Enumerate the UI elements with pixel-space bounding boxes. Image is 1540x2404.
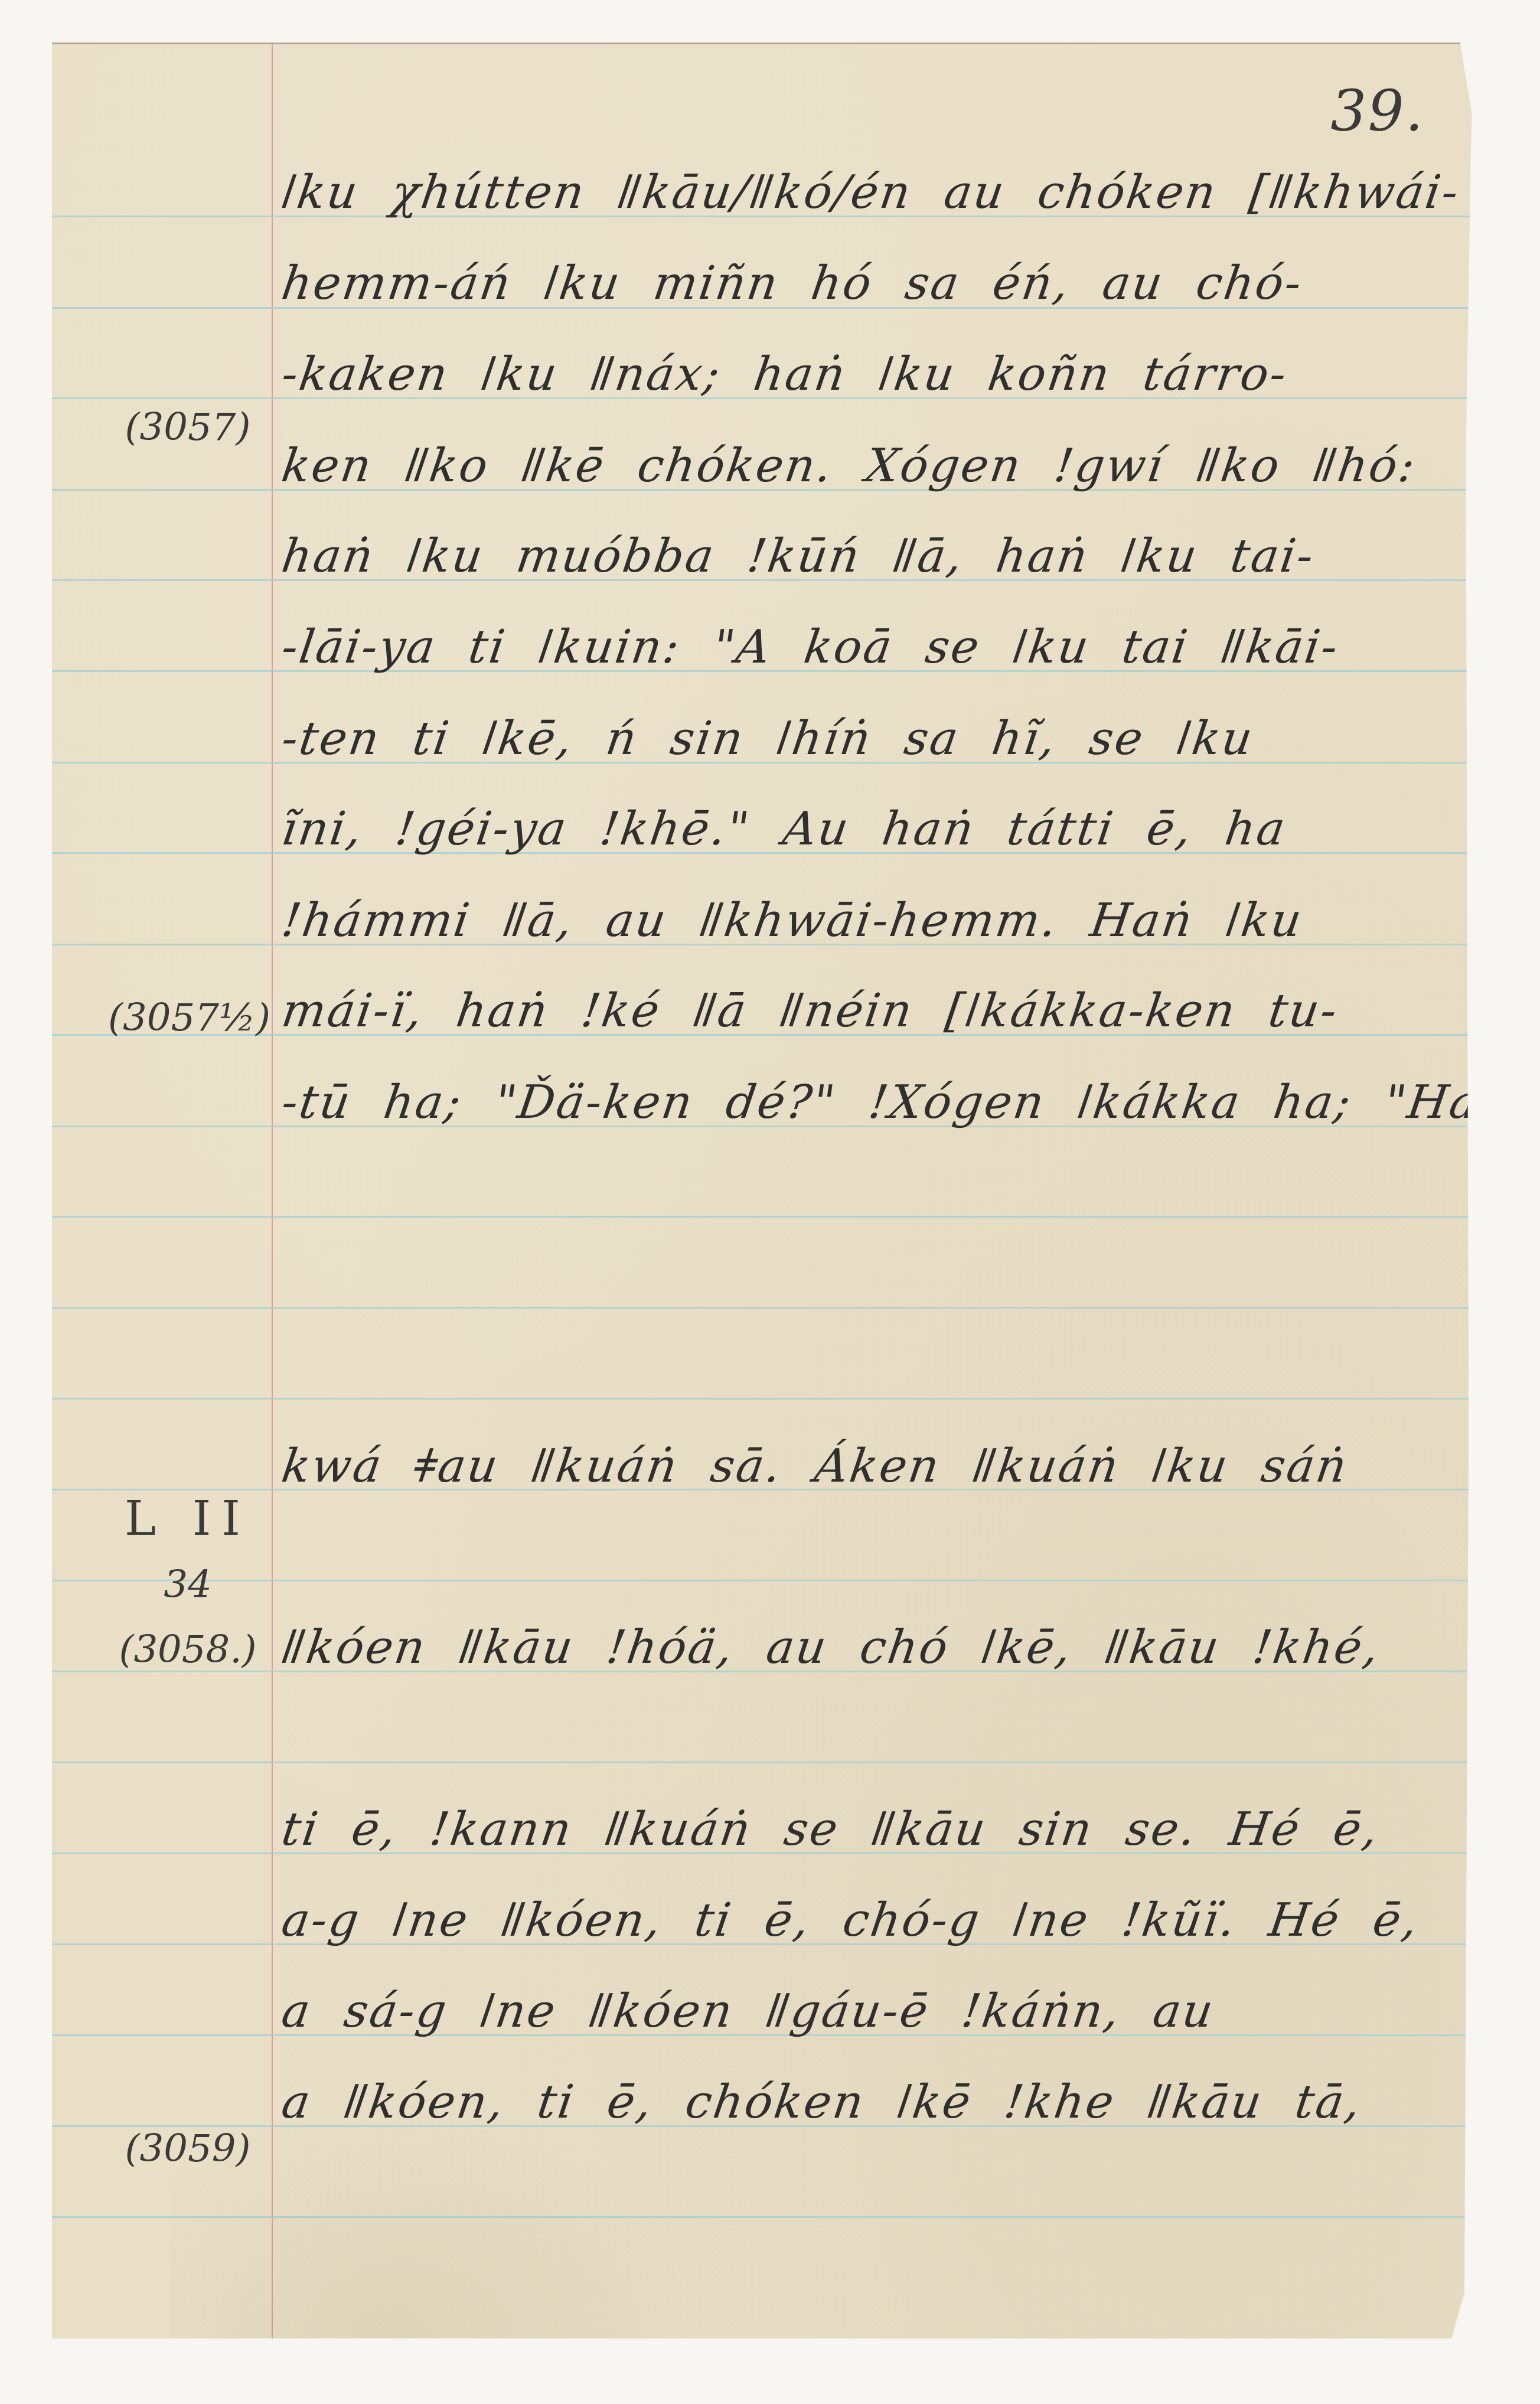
margin-note-3057: (3057) (108, 409, 267, 446)
manuscript-line-text: -kaken ǀku ǁnáx; haṅ ǀku koñn tárro- (279, 351, 1291, 397)
manuscript-line-text: hemm-áń ǀku miñn hó sa éń, au chó- (279, 260, 1306, 306)
manuscript-line-4: ken ǁko ǁkē chóken. Xógen !gwí ǁko ǁhó: (282, 400, 1436, 489)
manuscript-line-2: hemm-áń ǀku miñn hó sa éń, au chó- (282, 218, 1436, 306)
manuscript-line-17: a ǁkóen, ti ē, chóken ǀkē !khe ǁkāu tā, (282, 2037, 1436, 2125)
paper-top-edge (52, 43, 1472, 44)
manuscript-line-10: mái-ï, haṅ !ké ǁā ǁnéin [ǀkákka-ken tu- (282, 945, 1436, 1034)
manuscript-line-12: kwá ǂau ǁkuáṅ sā. Áken ǁkuáṅ ǀku sáṅ (282, 1401, 1436, 1489)
manuscript-line-text: ti ē, !kann ǁkuáṅ se ǁkāu sin se. Hé ē, (279, 1806, 1382, 1852)
ruled-line (52, 1762, 1472, 1763)
manuscript-line-text: a sá-g ǀne ǁkóen ǁgáu-ē !káṅn, au (279, 1988, 1218, 2034)
manuscript-line-text: ken ǁko ǁkē chóken. Xógen !gwí ǁko ǁhó: (279, 443, 1420, 489)
manuscript-line-6: -lāi-ya ti ǀkuin: "A koā se ǀku tai ǁkāi… (282, 582, 1436, 670)
manuscript-line-text: a ǁkóen, ti ē, chóken ǀkē !khe ǁkāu tā, (279, 2079, 1365, 2125)
manuscript-line-text: kwá ǂau ǁkuáṅ sā. Áken ǁkuáṅ ǀku sáṅ (279, 1443, 1351, 1489)
manuscript-line-text: haṅ ǀku muóbba !kūń ǁā, haṅ ǀku tai- (279, 533, 1318, 579)
margin-note-3059: (3059) (108, 2130, 267, 2168)
manuscript-line-8: ĩni, !géi-ya !khē." Au haṅ tátti ē, ha (282, 764, 1436, 852)
manuscript-line-16: a sá-g ǀne ǁkóen ǁgáu-ē !káṅn, au (282, 1946, 1436, 2034)
ruled-line (52, 1307, 1472, 1309)
manuscript-line-9: !hámmi ǁā, au ǁkhwāi-hemm. Haṅ ǀku (282, 855, 1436, 944)
ruled-line (52, 2216, 1472, 2218)
manuscript-line-text: a-g ǀne ǁkóen, ti ē, chó-g ǀne !kũï. Hé … (279, 1897, 1422, 1943)
manuscript-line-text: ĩni, !géi-ya !khē." Au haṅ tátti ē, ha (279, 806, 1290, 852)
margin-note-3058: (3058.) (108, 1631, 267, 1669)
manuscript-line-text: ǁkóen ǁkāu !hóä, au chó ǀkē, ǁkāu !khé, (279, 1625, 1384, 1671)
manuscript-line-text: mái-ï, haṅ !ké ǁā ǁnéin [ǀkákka-ken tu- (279, 988, 1342, 1034)
manuscript-line-text: ǀku χhútten ǁkāu/ǁkó/én au chóken [ǁkhwá… (279, 169, 1463, 216)
manuscript-line-5: haṅ ǀku muóbba !kūń ǁā, haṅ ǀku tai- (282, 491, 1436, 579)
margin-note-3057-half: (3057½) (108, 999, 267, 1037)
manuscript-line-15: a-g ǀne ǁkóen, ti ē, chó-g ǀne !kũï. Hé … (282, 1855, 1436, 1943)
manuscript-line-11: -tū ha; "Ďä-ken dé?" !Xógen ǀkákka ha; "… (282, 1037, 1436, 1126)
manuscript-line-text: -lāi-ya ti ǀkuin: "A koā se ǀku tai ǁkāi… (279, 624, 1342, 670)
manuscript-line-1: ǀku χhútten ǁkāu/ǁkó/én au chóken [ǁkhwá… (282, 127, 1436, 216)
manuscript-line-text: -ten ti ǀkē, ń sin ǀhíṅ sa hĩ, se ǀku (279, 716, 1257, 762)
ruled-line (52, 1398, 1472, 1400)
ruled-line (52, 1216, 1472, 1218)
manuscript-line-7: -ten ti ǀkē, ń sin ǀhíṅ sa hĩ, se ǀku (282, 673, 1436, 762)
margin-note-34: 34 (108, 1566, 267, 1604)
red-margin-line (272, 43, 273, 2338)
manuscript-line-14: ti ē, !kann ǁkuáṅ se ǁkāu sin se. Hé ē, (282, 1764, 1436, 1852)
manuscript-line-13: ǁkóen ǁkāu !hóä, au chó ǀkē, ǁkāu !khé, (282, 1582, 1436, 1671)
manuscript-line-text: !hámmi ǁā, au ǁkhwāi-hemm. Haṅ ǀku (279, 898, 1306, 944)
margin-note-roman-l-ii: L II (108, 1495, 267, 1542)
manuscript-line-3: -kaken ǀku ǁnáx; haṅ ǀku koñn tárro- (282, 309, 1436, 397)
manuscript-line-text: -tū ha; "Ďä-ken dé?" !Xógen ǀkákka ha; "… (279, 1079, 1483, 1126)
manuscript-page: 39. (3057) (3057½) L II 34 (3058.) (3059… (52, 43, 1472, 2338)
